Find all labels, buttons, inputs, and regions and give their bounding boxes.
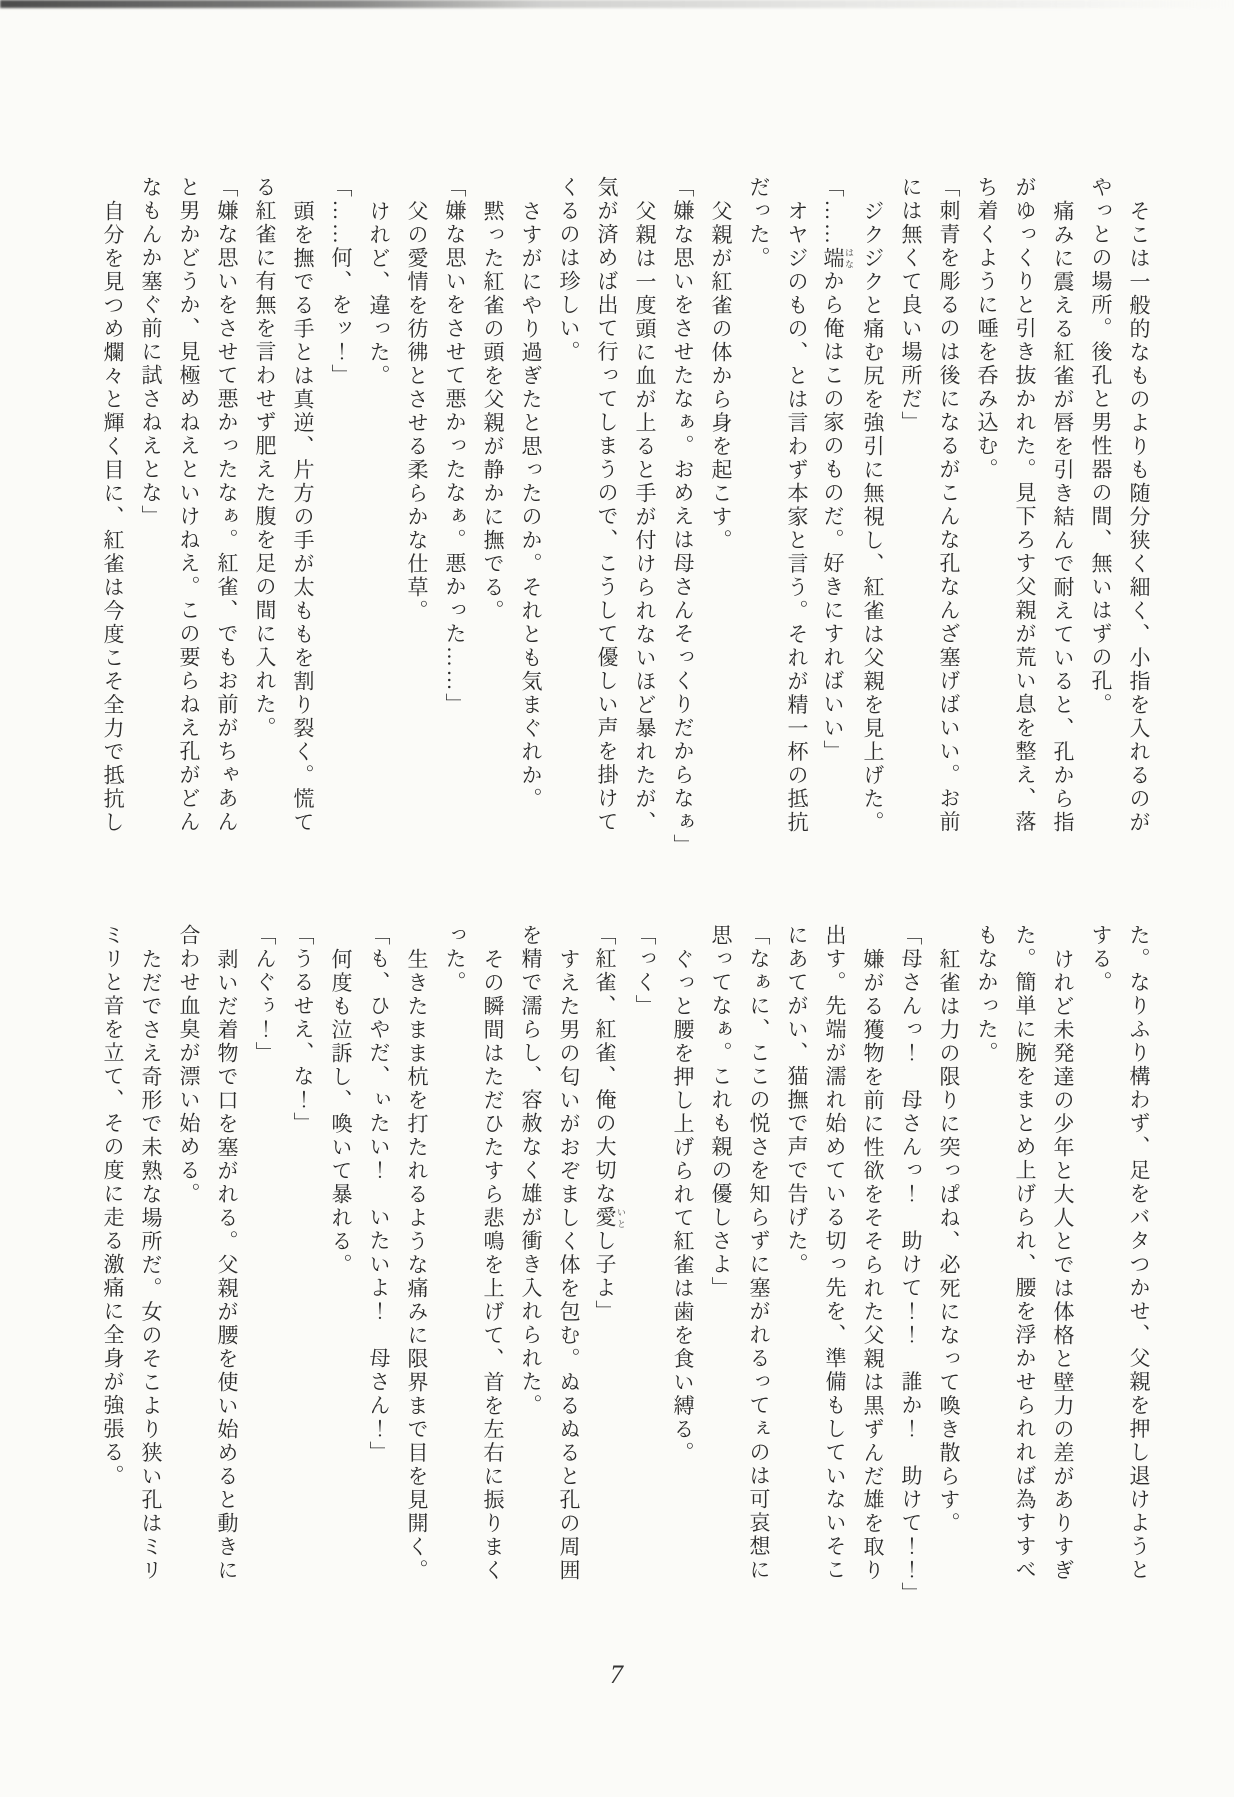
text-line: 「紅雀、紅雀、俺の大切な愛いとし子よ」 <box>588 924 626 1630</box>
text-line: さすがにやり過ぎたと思ったのか。それとも気まぐれか。 <box>512 176 550 874</box>
text-line: と男かどうか、見極めねえといけねえ。この要らねえ孔がどん <box>170 176 208 874</box>
text-line: 父の愛情を彷彿とさせる柔らかな仕草。 <box>398 176 436 874</box>
page-number: 7 <box>0 1660 1234 1690</box>
text-line: を精で濡らし、容赦なく雄が衝き入れられた。 <box>512 924 550 1630</box>
scan-edge-artifact <box>0 0 1234 8</box>
scanned-novel-page: { "colors": { "paper": "#fbfbf8", "ink":… <box>0 0 1234 1797</box>
text-band-bottom: た。なりふり構わず、足をバタつかせ、父親を押し退けようとする。けれど未発達の少年… <box>86 924 1158 1630</box>
text-line: 「っく」 <box>626 924 664 1630</box>
text-line: けれど未発達の少年と大人とでは体格と壁力の差がありすぎ <box>1044 924 1082 1630</box>
text-line: 「嫌な思いをさせたなぁ。おめえは母さんそっくりだからなぁ」 <box>664 176 702 874</box>
text-line: 「嫌な思いをさせて悪かったなぁ。悪かった……」 <box>436 176 474 874</box>
text-line: た。簡単に腕をまとめ上げられ、腰を浮かせられれば為すすべ <box>1006 924 1044 1630</box>
text-line: 父親が紅雀の体から身を起こす。 <box>702 176 740 874</box>
text-line: 痛みに震える紅雀が唇を引き結んで耐えていると、孔から指 <box>1044 176 1082 874</box>
text-line: ぐっと腰を押し上げられて紅雀は歯を食い縛る。 <box>664 924 702 1630</box>
text-line: すえた男の匂いがおぞましく体を包む。ぬるぬると孔の周囲 <box>550 924 588 1630</box>
text-line: 「嫌な思いをさせて悪かったなぁ。紅雀、でもお前がちゃあん <box>208 176 246 874</box>
text-line: そこは一般的なものよりも随分狭く細く、小指を入れるのが <box>1120 176 1158 874</box>
text-line: くるのは珍しい。 <box>550 176 588 874</box>
text-line: オヤジのもの、とは言わず本家と言う。それが精一杯の抵抗 <box>778 176 816 874</box>
text-line: 父親は一度頭に血が上ると手が付けられないほど暴れたが、 <box>626 176 664 874</box>
text-line: 生きたまま杭を打たれるような痛みに限界まで目を見開く。 <box>398 924 436 1630</box>
text-line: 「……端はなから俺はこの家のものだ。好きにすればいい」 <box>816 176 854 874</box>
text-line: 思ってなぁ。これも親の優しさよ」 <box>702 924 740 1630</box>
text-line: 「なぁに、ここの悦さを知らずに塞がれるってぇのは可哀想に <box>740 924 778 1630</box>
text-line: ジクジクと痛む尻を強引に無視し、紅雀は父親を見上げた。 <box>854 176 892 874</box>
text-line: にあてがい、猫撫で声で告げた。 <box>778 924 816 1630</box>
text-line: 剥いだ着物で口を塞がれる。父親が腰を使い始めると動きに <box>208 924 246 1630</box>
text-line: だった。 <box>740 176 778 874</box>
text-line: 自分を見つめ爛々と輝く目に、紅雀は今度こそ全力で抵抗し <box>94 176 132 874</box>
text-line: 何度も泣訴し、喚いて暴れる。 <box>322 924 360 1630</box>
text-line: やっとの場所。後孔と男性器の間、無いはずの孔。 <box>1082 176 1120 874</box>
text-line: 黙った紅雀の頭を父親が静かに撫でる。 <box>474 176 512 874</box>
text-line: ち着くように唾を呑み込む。 <box>968 176 1006 874</box>
text-line: 「んぐぅ！」 <box>246 924 284 1630</box>
text-line: 合わせ血臭が漂い始める。 <box>170 924 208 1630</box>
text-line: けれど、違った。 <box>360 176 398 874</box>
text-line: なもんか塞ぐ前に試さねえとな」 <box>132 176 170 874</box>
text-line: 「うるせえ、な！」 <box>284 924 322 1630</box>
text-line: する。 <box>1082 924 1120 1630</box>
text-band-top: そこは一般的なものよりも随分狭く細く、小指を入れるのがやっとの場所。後孔と男性器… <box>86 176 1158 874</box>
text-line: には無くて良い場所だ」 <box>892 176 930 874</box>
text-line: 気が済めば出て行ってしまうので、こうして優しい声を掛けて <box>588 176 626 874</box>
ruby-furigana: 端はな <box>821 247 845 271</box>
text-line: 出す。先端が濡れ始めている切っ先を、準備もしていないそこ <box>816 924 854 1630</box>
text-line: た。なりふり構わず、足をバタつかせ、父親を押し退けようと <box>1120 924 1158 1630</box>
text-line: 「も、ひやだ、ぃたい！ いたいよ！ 母さん！」 <box>360 924 398 1630</box>
text-line: がゆっくりと引き抜かれた。見下ろす父親が荒い息を整え、落 <box>1006 176 1044 874</box>
ruby-furigana: 愛いと <box>593 1206 617 1230</box>
text-line: もなかった。 <box>968 924 1006 1630</box>
text-line: 「母さんっ！ 母さんっ！ 助けて！！ 誰か！ 助けて！！」 <box>892 924 930 1630</box>
text-line: 紅雀は力の限りに突っぱね、必死になって喚き散らす。 <box>930 924 968 1630</box>
text-line: その瞬間はただひたすら悲鳴を上げて、首を左右に振りまく <box>474 924 512 1630</box>
text-line: 頭を撫でる手とは真逆、片方の手が太ももを割り裂く。慌て <box>284 176 322 874</box>
text-line: 「……何、をッ！」 <box>322 176 360 874</box>
text-line: った。 <box>436 924 474 1630</box>
text-line: ミリと音を立て、その度に走る激痛に全身が強張る。 <box>94 924 132 1630</box>
text-line: ただでさえ奇形で未熟な場所だ。女のそこより狭い孔はミリ <box>132 924 170 1630</box>
text-line: る紅雀に有無を言わせず肥えた腹を足の間に入れた。 <box>246 176 284 874</box>
text-line: 「刺青を彫るのは後になるがこんな孔なんざ塞げばいい。お前 <box>930 176 968 874</box>
text-line: 嫌がる獲物を前に性欲をそそられた父親は黒ずんだ雄を取り <box>854 924 892 1630</box>
